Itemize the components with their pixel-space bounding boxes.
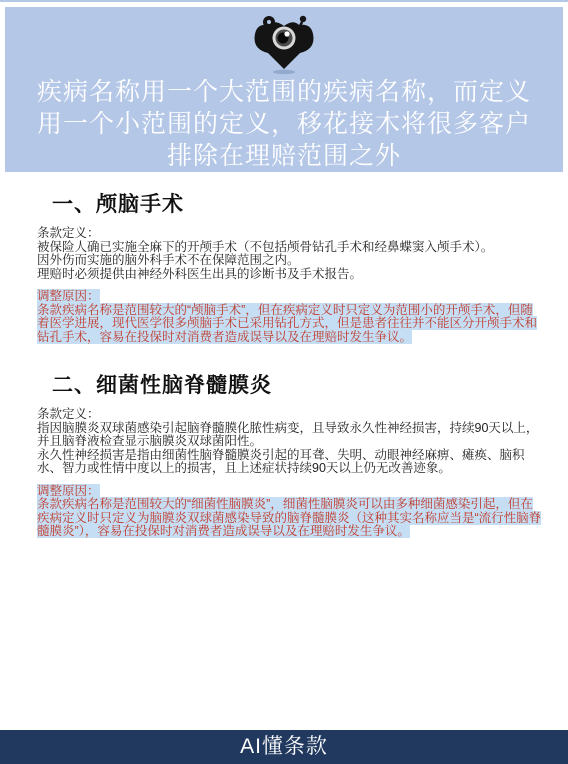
definition-paragraph: 因外伤而实施的脑外科手术不在保障范围之内。 (37, 254, 544, 268)
reason-block: 调整原因： 条款疾病名称是范围较大的“颅脑手术”，但在疾病定义时只定义为范围小的… (37, 290, 544, 344)
reason-paragraph: 条款疾病名称是范围较大的“颅脑手术”，但在疾病定义时只定义为范围小的开颅手术，但… (37, 304, 544, 345)
footer-brand-label: AI懂条款 (240, 735, 328, 758)
definition-paragraph: 永久性神经损害是指由细菌性脑脊髓膜炎引起的耳聋、失明、动眼神经麻痹、瘫痪、脑积水… (37, 449, 544, 476)
header-title: 疾病名称用一个大范围的疾病名称，而定义 用一个小范围的定义，移花接木将很多客户 … (37, 76, 531, 172)
section-cranial-surgery: 一、颅脑手术 条款定义： 被保险人确已实施全麻下的开颅手术（不包括颅骨钻孔手术和… (37, 188, 543, 344)
footer-bar: AI懂条款 (0, 730, 568, 764)
definition-paragraph: 理赔时必须提供由神经外科医生出具的诊断书及手术报告。 (37, 268, 544, 282)
header-title-line-2: 用一个小范围的定义，移花接木将很多客户 (37, 108, 531, 140)
definition-paragraph: 指因脑膜炎双球菌感染引起脑脊髓膜化脓性病变，且导致永久性神经损害，持续90天以上… (37, 422, 544, 449)
header-banner: 疾病名称用一个大范围的疾病名称，而定义 用一个小范围的定义，移花接木将很多客户 … (5, 7, 563, 172)
definition-paragraph: 被保险人确已实施全麻下的开颅手术（不包括颅骨钻孔手术和经鼻蝶窦入颅手术）。 (37, 241, 544, 255)
reason-block: 调整原因： 条款疾病名称是范围较大的“细菌性脑膜炎”，细菌性脑膜炎可以由多种细菌… (37, 485, 544, 539)
reason-paragraph: 条款疾病名称是范围较大的“细菌性脑膜炎”，细菌性脑膜炎可以由多种细菌感染引起，但… (37, 498, 544, 539)
reason-label: 调整原因： (37, 485, 544, 499)
section-bacterial-meningitis: 二、细菌性脑脊髓膜炎 条款定义： 指因脑膜炎双球菌感染引起脑脊髓膜化脓性病变，且… (37, 369, 543, 539)
definition-label: 条款定义： (37, 408, 544, 422)
content-area: 一、颅脑手术 条款定义： 被保险人确已实施全麻下的开颅手术（不包括颅骨钻孔手术和… (0, 188, 568, 539)
header-title-line-3: 排除在理赔范围之外 (37, 140, 531, 172)
section-1-body: 条款定义： 被保险人确已实施全麻下的开颅手术（不包括颅骨钻孔手术和经鼻蝶窦入颅手… (37, 227, 544, 344)
section-2-body: 条款定义： 指因脑膜炎双球菌感染引起脑脊髓膜化脓性病变，且导致永久性神经损害，持… (37, 408, 544, 539)
eye-monster-icon (248, 13, 320, 75)
section-1-heading: 一、颅脑手术 (52, 188, 543, 218)
header-title-line-1: 疾病名称用一个大范围的疾病名称，而定义 (37, 76, 531, 108)
reason-label: 调整原因： (37, 290, 544, 304)
definition-label: 条款定义： (37, 227, 544, 241)
top-accent-strip (0, 0, 568, 2)
section-2-heading: 二、细菌性脑脊髓膜炎 (52, 369, 543, 399)
